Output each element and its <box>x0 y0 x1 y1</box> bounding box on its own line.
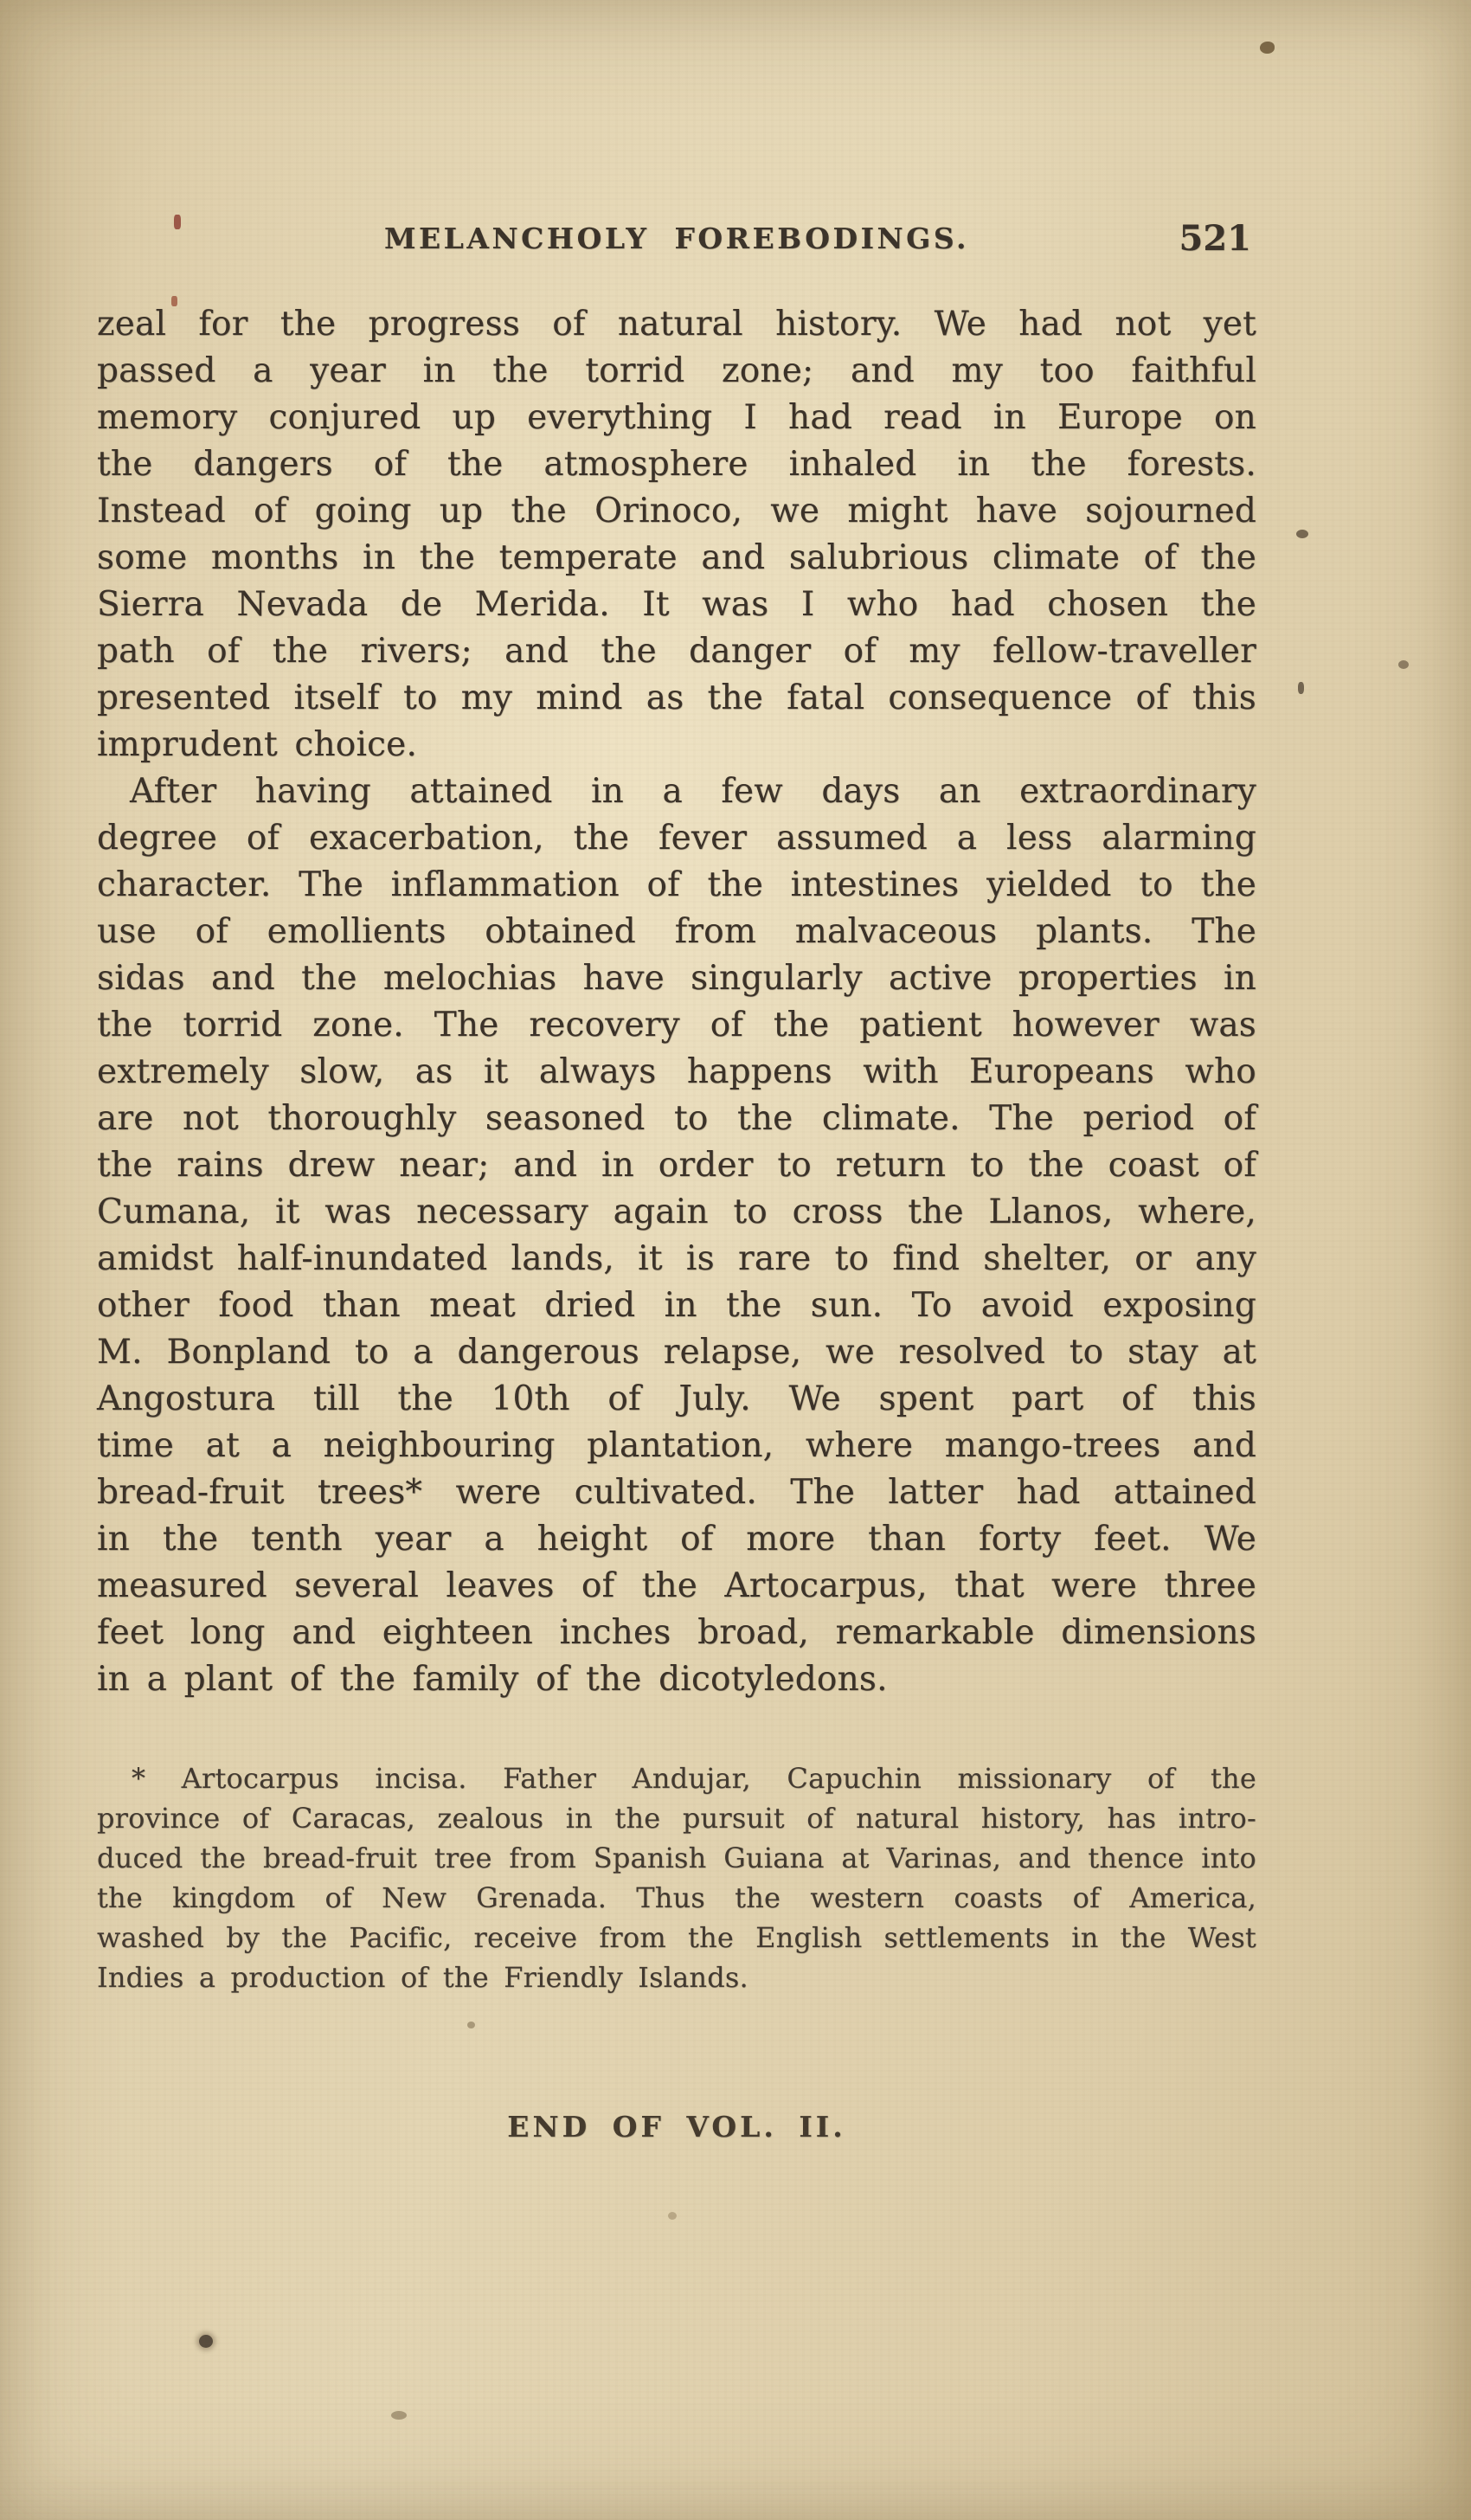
running-header: MELANCHOLY FOREBODINGS. 521 <box>97 222 1256 263</box>
text-line: character. The inflammation of the intes… <box>97 862 1256 909</box>
footnote-line: province of Caracas, zealous in the purs… <box>97 1798 1256 1838</box>
paper-speck <box>1298 682 1304 694</box>
paragraph-2: After having attained in a few days an e… <box>97 768 1256 1703</box>
text-line: Sierra Nevada de Merida. It was I who ha… <box>97 582 1256 628</box>
text-line: other food than meat dried in the sun. T… <box>97 1282 1256 1329</box>
text-line: sidas and the melochias have singularly … <box>97 955 1256 1002</box>
text-line: feet long and eighteen inches broad, rem… <box>97 1610 1256 1656</box>
paper-speck <box>1296 530 1308 538</box>
text-line: Cumana, it was necessary again to cross … <box>97 1189 1256 1236</box>
text-line: passed a year in the torrid zone; and my… <box>97 348 1256 395</box>
footnote-line: washed by the Pacific, receive from the … <box>97 1918 1256 1957</box>
text-line: measured several leaves of the Artocarpu… <box>97 1563 1256 1610</box>
text-line: in the tenth year a height of more than … <box>97 1516 1256 1563</box>
text-line: imprudent choice. <box>97 722 1256 768</box>
page-number: 521 <box>1179 218 1252 259</box>
end-of-volume-label: END OF VOL. II. <box>97 2110 1256 2144</box>
book-page-scan: MELANCHOLY FOREBODINGS. 521 zeal for the… <box>0 0 1471 2520</box>
text-line: Instead of going up the Orinoco, we migh… <box>97 488 1256 535</box>
text-line: presented itself to my mind as the fatal… <box>97 675 1256 722</box>
footnote-line: Indies a production of the Friendly Isla… <box>97 1957 1256 1997</box>
paper-speck <box>199 2335 213 2348</box>
text-line: the rains drew near; and in order to ret… <box>97 1142 1256 1189</box>
running-head-title: MELANCHOLY FOREBODINGS. <box>97 222 1256 255</box>
paper-speck <box>391 2411 407 2420</box>
text-line: some months in the temperate and salubri… <box>97 535 1256 582</box>
footnote: * Artocarpus incisa. Father Andujar, Cap… <box>97 1758 1256 1997</box>
text-line: After having attained in a few days an e… <box>97 768 1256 815</box>
paper-speck <box>668 2212 677 2220</box>
text-line: time at a neighbouring plantation, where… <box>97 1423 1256 1469</box>
text-line: the torrid zone. The recovery of the pat… <box>97 1002 1256 1049</box>
paper-speck <box>1398 660 1409 669</box>
text-line: extremely slow, as it always happens wit… <box>97 1049 1256 1096</box>
text-line: the dangers of the atmosphere inhaled in… <box>97 441 1256 488</box>
text-line: are not thoroughly seasoned to the clima… <box>97 1096 1256 1142</box>
text-line: zeal for the progress of natural history… <box>97 301 1256 348</box>
footnote-line: the kingdom of New Grenada. Thus the wes… <box>97 1878 1256 1918</box>
paper-speck <box>1260 42 1275 54</box>
text-line: bread-fruit trees* were cultivated. The … <box>97 1469 1256 1516</box>
text-line: in a plant of the family of the dicotyle… <box>97 1656 1256 1703</box>
paper-speck <box>467 2022 475 2028</box>
text-line: path of the rivers; and the danger of my… <box>97 628 1256 675</box>
text-line: degree of exacerbation, the fever assume… <box>97 815 1256 862</box>
text-line: memory conjured up everything I had read… <box>97 395 1256 441</box>
text-line: amidst half-inundated lands, it is rare … <box>97 1236 1256 1282</box>
text-line: Angostura till the 10th of July. We spen… <box>97 1376 1256 1423</box>
paragraph-1: zeal for the progress of natural history… <box>97 301 1256 768</box>
footnote-line: duced the bread-fruit tree from Spanish … <box>97 1838 1256 1878</box>
text-line: M. Bonpland to a dangerous relapse, we r… <box>97 1329 1256 1376</box>
text-line: use of emollients obtained from malvaceo… <box>97 909 1256 955</box>
body-text: zeal for the progress of natural history… <box>97 301 1256 1703</box>
footnote-line: * Artocarpus incisa. Father Andujar, Cap… <box>97 1758 1256 1798</box>
